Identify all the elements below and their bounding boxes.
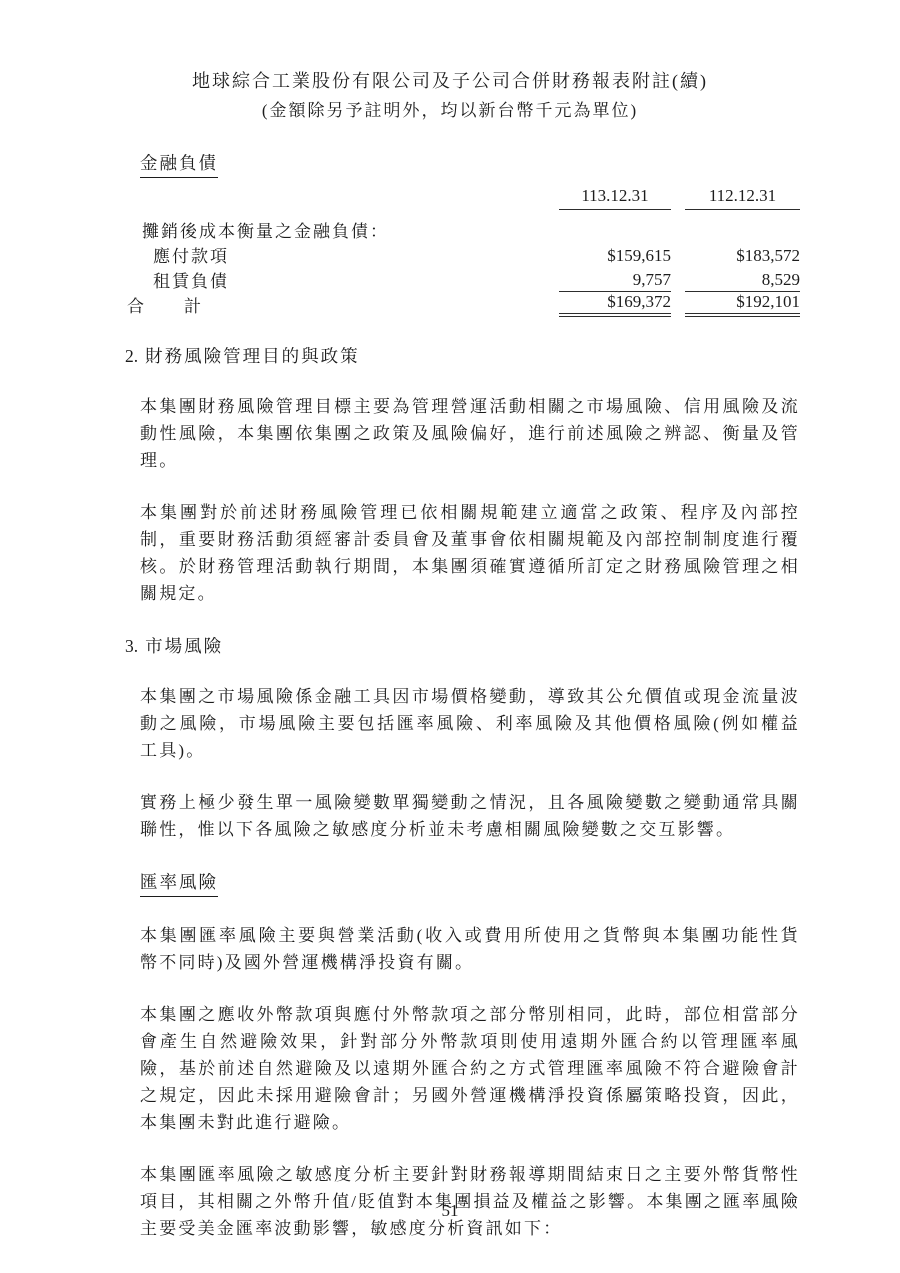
financial-liabilities-heading: 金融負債: [140, 150, 218, 178]
section-heading: 2.財務風險管理目的與政策: [125, 343, 800, 368]
subsection-heading: 匯率風險: [140, 869, 218, 897]
section-number: 3.: [125, 636, 138, 656]
amount-cell: 8,529: [685, 270, 800, 292]
section-heading: 3.市場風險: [125, 633, 800, 658]
total-amount-cell: $192,101: [685, 292, 800, 317]
total-label: 合 計: [125, 292, 559, 317]
document-body: 金融負債 113.12.31 112.12.31 攤銷後成本衡量之金融負債： 應…: [125, 150, 800, 1242]
group-label: 攤銷後成本衡量之金融負債：: [125, 217, 559, 242]
column-header-113: 113.12.31: [559, 186, 671, 210]
doc-title: 地球綜合工業股份有限公司及子公司合併財務報表附註(續): [0, 66, 900, 96]
row-label: 應付款項: [125, 242, 559, 267]
paragraph: 本集團之市場風險係金融工具因市場價格變動，導致其公允價值或現金流量波動之風險，市…: [140, 683, 800, 764]
subsection-exchange-rate-risk: 匯率風險: [125, 869, 800, 897]
page-footer: 51: [0, 1201, 900, 1221]
total-amount-cell: $169,372: [559, 292, 671, 317]
section-title: 市場風險: [145, 636, 223, 656]
column-header-112: 112.12.31: [685, 186, 800, 210]
section-market-risk: 3.市場風險 本集團之市場風險係金融工具因市場價格變動，導致其公允價值或現金流量…: [125, 633, 800, 1242]
financial-liabilities-section: 金融負債 113.12.31 112.12.31 攤銷後成本衡量之金融負債： 應…: [125, 150, 800, 317]
paragraph: 實務上極少發生單一風險變數單獨變動之情況，且各風險變數之變動通常具關聯性，惟以下…: [140, 789, 800, 843]
page-number: 51: [442, 1201, 459, 1220]
table-row-total: 合 計 $169,372 $192,101: [125, 292, 800, 317]
amount-cell: $183,572: [685, 246, 800, 267]
document-page: 地球綜合工業股份有限公司及子公司合併財務報表附註(續) (金額除另予註明外，均以…: [0, 0, 900, 1273]
table-row-payables: 應付款項 $159,615 $183,572: [125, 242, 800, 267]
doc-subtitle: (金額除另予註明外，均以新台幣千元為單位): [0, 96, 900, 126]
paragraph: 本集團對於前述財務風險管理已依相關規範建立適當之政策、程序及內部控制，重要財務活…: [140, 499, 800, 607]
section-number: 2.: [125, 346, 138, 366]
table-row-lease-liabilities: 租賃負債 9,757 8,529: [125, 267, 800, 292]
paragraph: 本集團財務風險管理目標主要為管理營運活動相關之市場風險、信用風險及流動性風險，本…: [140, 393, 800, 474]
document-header: 地球綜合工業股份有限公司及子公司合併財務報表附註(續) (金額除另予註明外，均以…: [0, 0, 900, 126]
table-group-row: 攤銷後成本衡量之金融負債：: [125, 217, 800, 242]
amount-cell: $159,615: [559, 246, 671, 267]
section-financial-risk-management: 2.財務風險管理目的與政策 本集團財務風險管理目標主要為管理營運活動相關之市場風…: [125, 343, 800, 607]
financial-liabilities-table: 113.12.31 112.12.31 攤銷後成本衡量之金融負債： 應付款項 $…: [125, 186, 800, 317]
amount-cell: 9,757: [559, 270, 671, 292]
row-label: 租賃負債: [125, 267, 559, 292]
paragraph: 本集團之應收外幣款項與應付外幣款項之部分幣別相同，此時，部位相當部分會產生自然避…: [140, 1001, 800, 1136]
section-title: 財務風險管理目的與政策: [145, 346, 360, 366]
table-header-row: 113.12.31 112.12.31: [125, 186, 800, 210]
paragraph: 本集團匯率風險主要與營業活動(收入或費用所使用之貨幣與本集團功能性貨幣不同時)及…: [140, 922, 800, 976]
